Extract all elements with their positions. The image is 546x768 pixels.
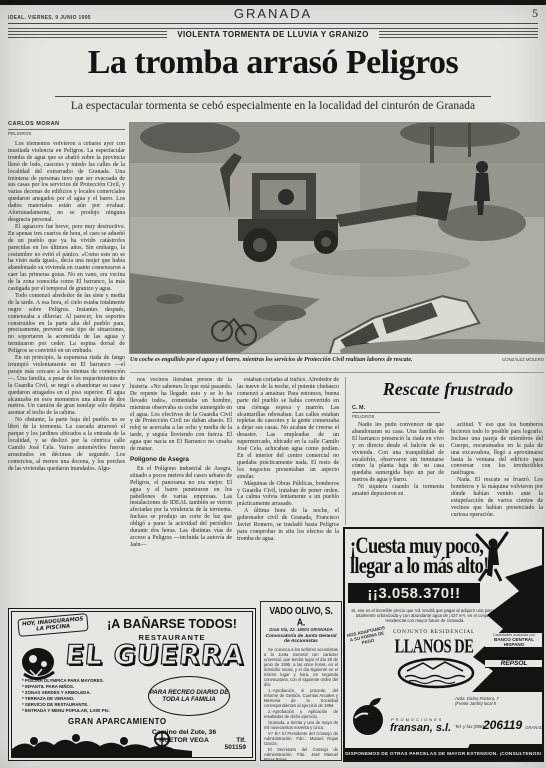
kicker-text: VIOLENTA TORMENTA DE LLUVIA Y GRANIZO xyxy=(167,30,378,39)
ad-el-guerra: HOY, INAUGURAMOS LA PISCINA ¡A BAÑARSE T… xyxy=(8,608,256,761)
newspaper-page: IDEAL. VIERNES, 9 JUNIO 1995 GRANADA 5 V… xyxy=(0,0,546,768)
top-black-bar xyxy=(0,0,546,5)
sidebar-column-2: actitud. Y eso que los bomberos hicieron… xyxy=(451,422,543,522)
fransan-name: fransan, s.l. xyxy=(390,722,451,734)
banarse-headline: ¡A BAÑARSE TODOS! xyxy=(92,617,252,631)
el-guerra-name: EL GUERRA xyxy=(55,640,253,671)
paragraph: A última hora de la noche, el gobernador… xyxy=(237,508,339,543)
article-column-2: nos vecinos lloraban presos de la hister… xyxy=(130,377,232,603)
sidebar-column-1: Nadie les pudo convencer de que abandona… xyxy=(352,422,444,522)
tel-prefix: Tel. y fax (958) xyxy=(455,724,484,729)
byline: CARLOS MORAN xyxy=(8,121,125,130)
bank-name: BANCO CENTRAL HISPANO xyxy=(485,637,543,647)
paragraph: Todo comenzó alrededor de las siete y me… xyxy=(8,293,125,355)
paragraph: nos vecinos lloraban presos de la hister… xyxy=(130,377,232,453)
subhead: La espectacular tormenta se cebó especia… xyxy=(20,100,526,112)
photo-caption-row: Un coche es engullido por el agua y el b… xyxy=(130,357,544,363)
paragraph: Máquinas de Obras Públicas, bomberos y G… xyxy=(237,481,339,509)
paragraph: actitud. Y eso que los bomberos hicieron… xyxy=(451,422,543,477)
crosshead: Polígono de Asegra xyxy=(130,457,232,464)
paragraph: Los elementos volvieron a cebarse ayer c… xyxy=(8,141,125,224)
sidebar-columns: Nadie les pudo convencer de que abandona… xyxy=(352,422,544,522)
paragraph: estaban cortadas al tráfico. Alrededor d… xyxy=(237,377,339,481)
sidebar-story: Rescate frustrado C. M. PELIGROS Nadie l… xyxy=(345,377,544,525)
paragraph: V.º B.º El Presidente del Consejo de Adm… xyxy=(264,731,338,746)
article-column-2-pre: nos vecinos lloraban presos de la hister… xyxy=(130,377,232,453)
flood-photo-illustration xyxy=(130,123,544,353)
el-guerra-phone-number: 501159 xyxy=(225,744,246,751)
bank-guarantee: Cantidades avaladas por BANCO CENTRAL HI… xyxy=(485,633,543,647)
paragraph: Ni siquiera cuando la tormenta amainó de… xyxy=(352,484,444,498)
sidebar-byline: C. M. xyxy=(352,405,440,413)
sidebar-dateline: PELIGROS xyxy=(352,414,440,419)
paragraph: Nada. El rescate se frustró. Los bombero… xyxy=(451,477,543,518)
el-guerra-features: * PISCINA OLYMPICA PARA MAYORES.* INFANT… xyxy=(22,678,138,714)
dateline: PELIGROS xyxy=(8,131,125,136)
paragraph: No obstante, la parte baja del pueblo no… xyxy=(8,417,125,472)
paragraph: Nadie les pudo convencer de que abandona… xyxy=(352,422,444,484)
vado-subtitle: Convocatoria de Junta General de Accioni… xyxy=(264,634,338,645)
masthead-date: IDEAL. VIERNES, 9 JUNIO 1995 xyxy=(8,15,185,21)
masthead: IDEAL. VIERNES, 9 JUNIO 1995 GRANADA 5 xyxy=(8,9,538,24)
paragraph: Se convoca a los señores accionistas a l… xyxy=(264,647,338,687)
news-photo xyxy=(130,123,544,353)
horizontal-separator xyxy=(130,372,544,373)
recreo-oval-badge: PARA RECREO DIARIO DE TODA LA FAMILIA xyxy=(148,676,230,716)
llanos-city: GRANADA xyxy=(525,725,544,730)
swimmers-silhouette xyxy=(12,731,192,757)
paragraph: En un principio, la espumosa riada de fa… xyxy=(8,355,125,417)
paragraph: * ENTRADA Y MENU POPULAR, 1.000 Pts. xyxy=(22,708,138,714)
informese-vertical-label: Infórmese xyxy=(343,599,345,621)
repsol-logo: REPSOL xyxy=(485,659,543,668)
subhead-rule xyxy=(55,96,491,97)
llanos-ellipse-logo xyxy=(397,657,475,689)
masthead-section: GRANADA xyxy=(185,6,362,21)
kicker-band: VIOLENTA TORMENTA DE LLUVIA Y GRANIZO xyxy=(8,28,538,40)
paragraph: 2.-Aprobación y Aplicación de resultados… xyxy=(264,709,338,719)
vado-title: VADO OLIVO, S. A. xyxy=(266,605,336,628)
vado-legal-text: Se convoca a los señores accionistas a l… xyxy=(264,647,338,761)
sidebar-headline: Rescate frustrado xyxy=(352,379,544,400)
paragraph: El aguacero fue breve, pero muy destruct… xyxy=(8,224,125,293)
article-column-2-post: En el Polígono industrial de Asegra, sit… xyxy=(130,466,232,549)
el-guerra-phone-label: Tlf. xyxy=(225,737,246,744)
paragraph: Granada, a treinta y uno de mayo de mil … xyxy=(264,720,338,730)
llanos-address-line2: (Frente Jardín) local 8 xyxy=(455,701,541,706)
llanos-footer-bar: DISPONEMOS DE OTRAS PARCELAS DE MAYOR EX… xyxy=(345,748,542,760)
parking-label: GRAN APARCAMIENTO xyxy=(68,717,167,726)
llanos-contact-block: PROMOCIONES fransan, s.l. Avda. Divina P… xyxy=(347,692,542,744)
masthead-page-number: 5 xyxy=(361,6,538,21)
ad-llanos-de-silva: Infórmese ¡Cuesta muy poco, llegar a lo … xyxy=(343,527,544,762)
paragraph: 1.-Aprobación, si procede, del Informe d… xyxy=(264,688,338,708)
article-column-3: estaban cortadas al tráfico. Alrededor d… xyxy=(237,377,339,591)
photo-credit: GONZÁLEZ MOLERO xyxy=(502,357,544,362)
el-guerra-inner-frame: HOY, INAUGURAMOS LA PISCINA ¡A BAÑARSE T… xyxy=(11,611,253,758)
el-guerra-phone: Tlf. 501159 xyxy=(225,737,246,751)
tel-number: 206119 xyxy=(483,718,522,732)
paragraph: El Secretario del Consejo de Administrac… xyxy=(264,747,338,761)
pool-opening-bubble: HOY, INAUGURAMOS LA PISCINA xyxy=(17,613,88,637)
paragraph: En el Polígono industrial de Asegra, sit… xyxy=(130,466,232,549)
llanos-address: Avda. Divina Pastora, 7 (Frente Jardín) … xyxy=(455,696,541,706)
fransan-logo xyxy=(351,696,387,736)
headline: La tromba arrasó Peligros xyxy=(0,44,546,82)
article-column-1: Los elementos volvieron a cebarse ayer c… xyxy=(8,141,125,599)
ad-vado-olivo: VADO OLIVO, S. A. Gran Vía, 22. 18001 GR… xyxy=(260,601,342,761)
photo-caption: Un coche es engullido por el agua y el b… xyxy=(130,357,494,363)
